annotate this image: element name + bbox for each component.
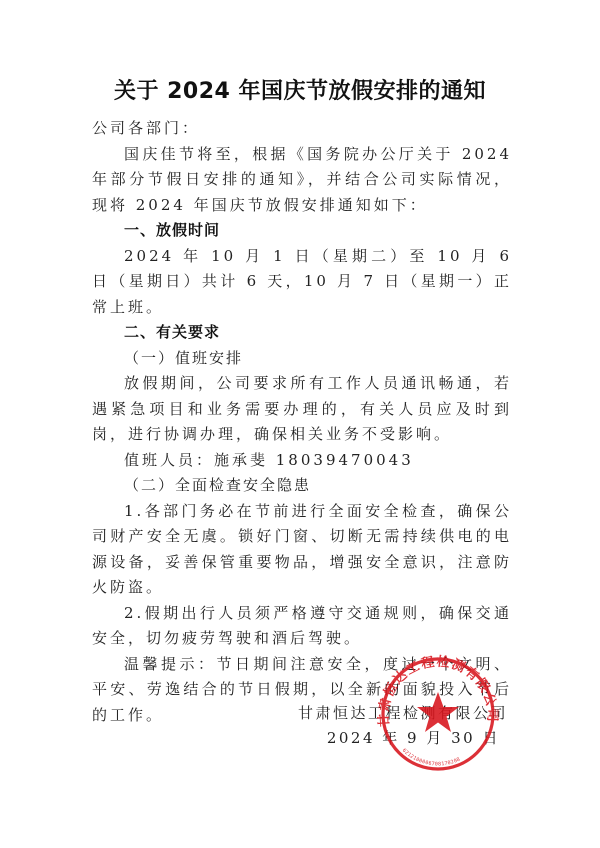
signature-organization: 甘肃恒达工程检测有限公司 [298, 702, 508, 723]
intro-paragraph: 国庆佳节将至，根据《国务院办公厅关于 2024 年部分节假日安排的通知》，并结合… [92, 142, 512, 219]
duty-paragraph: 放假期间，公司要求所有工作人员通讯畅通，若遇紧急项目和业务需要办理的，有关人员应… [92, 371, 512, 448]
signature-date: 2024 年 9 月 30 日 [298, 727, 508, 748]
safety-item-2: 2.假期出行人员须严格遵守交通规则，确保交通安全，切勿疲劳驾驶和酒后驾驶。 [92, 601, 512, 652]
document-title: 关于 2024 年国庆节放假安排的通知 [0, 74, 600, 105]
holiday-time-paragraph: 2024 年 10 月 1 日（星期二）至 10 月 6 日（星期日）共计 6 … [92, 244, 512, 321]
subsection-heading-safety: （二）全面检查安全隐患 [92, 473, 512, 499]
section-heading-holiday-time: 一、放假时间 [92, 218, 512, 244]
salutation: 公司各部门： [92, 116, 512, 142]
duty-staff-line: 值班人员：施承斐 18039470043 [92, 448, 512, 474]
svg-text:6212100006708170208: 6212100006708170208 [401, 748, 462, 768]
document-page: 关于 2024 年国庆节放假安排的通知 公司各部门： 国庆佳节将至，根据《国务院… [0, 0, 600, 848]
signature-block: 甘肃恒达工程检测有限公司 2024 年 9 月 30 日 [298, 702, 508, 748]
document-body: 公司各部门： 国庆佳节将至，根据《国务院办公厅关于 2024 年部分节假日安排的… [92, 116, 512, 728]
seal-code: 6212100006708170208 [401, 748, 462, 768]
subsection-heading-duty: （一）值班安排 [92, 346, 512, 372]
safety-item-1: 1.各部门务必在节前进行全面安全检查，确保公司财产安全无虞。锁好门窗、切断无需持… [92, 499, 512, 601]
section-heading-requirements: 二、有关要求 [92, 320, 512, 346]
